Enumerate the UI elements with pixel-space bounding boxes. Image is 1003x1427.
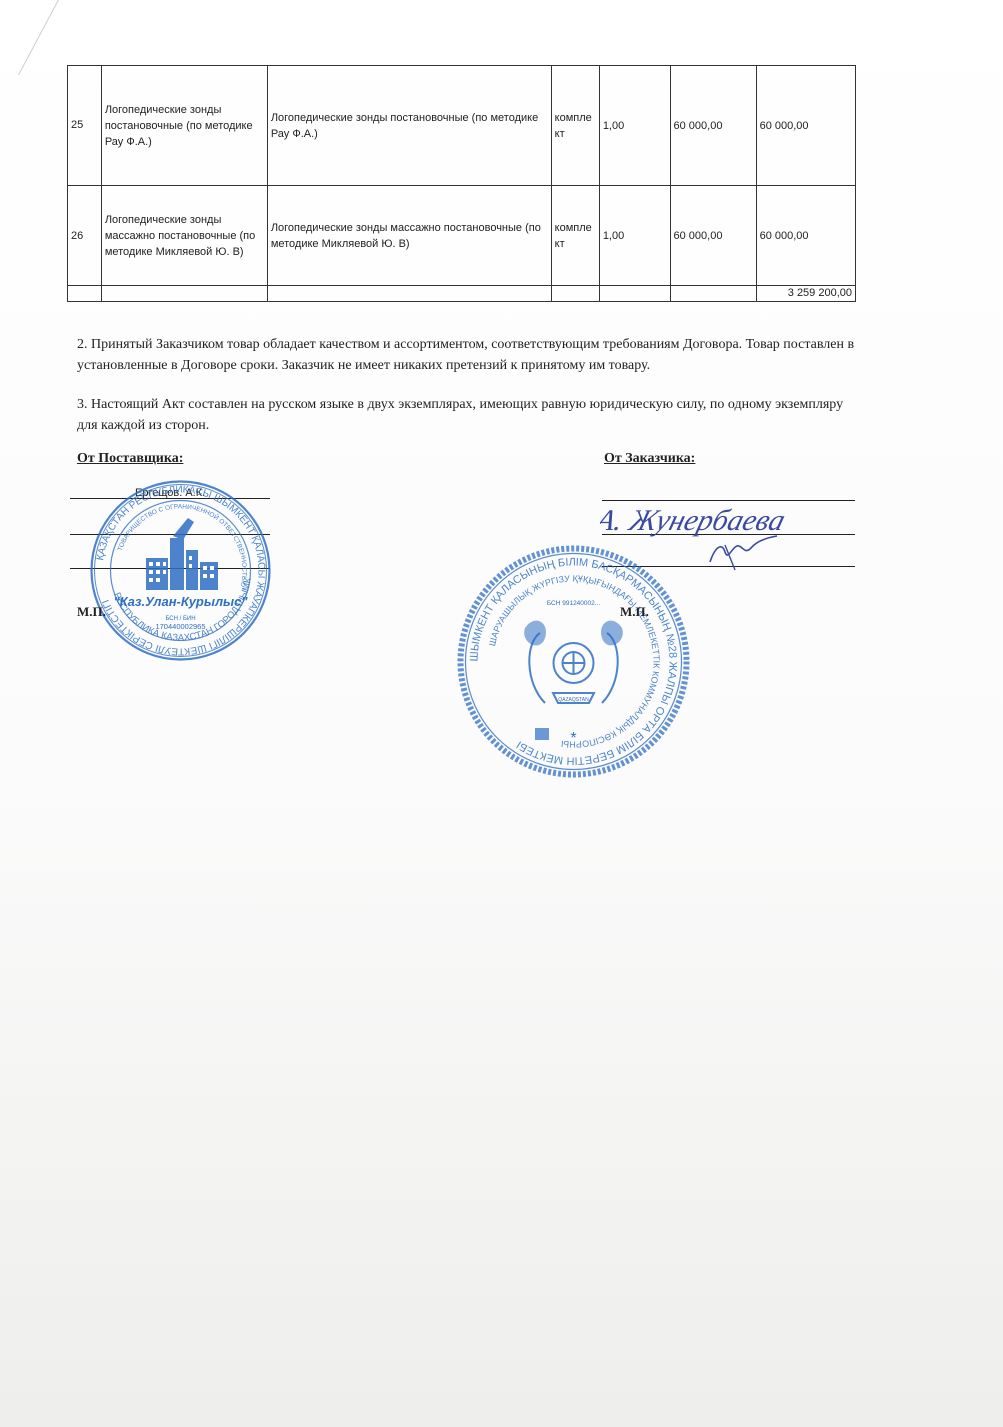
empty-cell xyxy=(267,286,551,302)
empty-cell xyxy=(551,286,599,302)
item-description: Логопедические зонды постановочные (по м… xyxy=(267,66,551,186)
empty-cell xyxy=(101,286,267,302)
supplier-heading: От Поставщика: xyxy=(77,451,183,467)
item-sum: 60 000,00 xyxy=(756,66,855,186)
item-sum: 60 000,00 xyxy=(756,186,855,286)
customer-heading: От Заказчика: xyxy=(604,451,695,467)
svg-text:"Каз.Улан-Курылыс": "Каз.Улан-Курылыс" xyxy=(113,594,248,609)
page-fold-line xyxy=(18,0,99,75)
grand-total: 3 259 200,00 xyxy=(756,286,855,302)
row-number: 26 xyxy=(68,186,102,286)
clause-2: 2. Принятый Заказчиком товар обладает ка… xyxy=(77,334,857,376)
table-row: 25 Логопедические зонды постановочные (п… xyxy=(68,66,856,186)
svg-text:А. Жунербаева: А. Жунербаева xyxy=(600,503,789,536)
clause-3: 3. Настоящий Акт составлен на русском яз… xyxy=(77,394,857,436)
table-row: 26 Логопедические зонды массажно постано… xyxy=(68,186,856,286)
item-name: Логопедические зонды массажно постановоч… xyxy=(101,186,267,286)
empty-cell xyxy=(670,286,756,302)
customer-seal-label: М.П. xyxy=(620,604,649,620)
svg-text:170440002965: 170440002965 xyxy=(155,622,205,631)
customer-stamp-icon: ШЫМКЕНТ ҚАЛАСЫНЫҢ БІЛІМ БАСҚАРМАСЫНЫҢ №2… xyxy=(455,543,692,780)
item-quantity: 1,00 xyxy=(599,66,670,186)
item-unit: комплект xyxy=(551,66,599,186)
supplier-stamp-icon: ҚАЗАҚСТАН РЕСПУБЛИКАСЫ ШЫМКЕНТ ҚАЛАСЫ ЖА… xyxy=(88,478,273,663)
items-table: 25 Логопедические зонды постановочные (п… xyxy=(67,65,856,302)
empty-cell xyxy=(68,286,102,302)
supplier-seal-label: М.П. xyxy=(77,604,106,620)
item-quantity: 1,00 xyxy=(599,186,670,286)
empty-cell xyxy=(599,286,670,302)
item-unit: комплект xyxy=(551,186,599,286)
total-row: 3 259 200,00 xyxy=(68,286,856,302)
item-description: Логопедические зонды массажно постановоч… xyxy=(267,186,551,286)
item-price: 60 000,00 xyxy=(670,186,756,286)
item-price: 60 000,00 xyxy=(670,66,756,186)
svg-text:БСН 991240002...: БСН 991240002... xyxy=(547,600,601,607)
row-number: 25 xyxy=(68,66,102,186)
svg-text:*: * xyxy=(570,730,576,747)
svg-text:QAZAQSTAN: QAZAQSTAN xyxy=(558,697,589,703)
item-name: Логопедические зонды постановочные (по м… xyxy=(101,66,267,186)
